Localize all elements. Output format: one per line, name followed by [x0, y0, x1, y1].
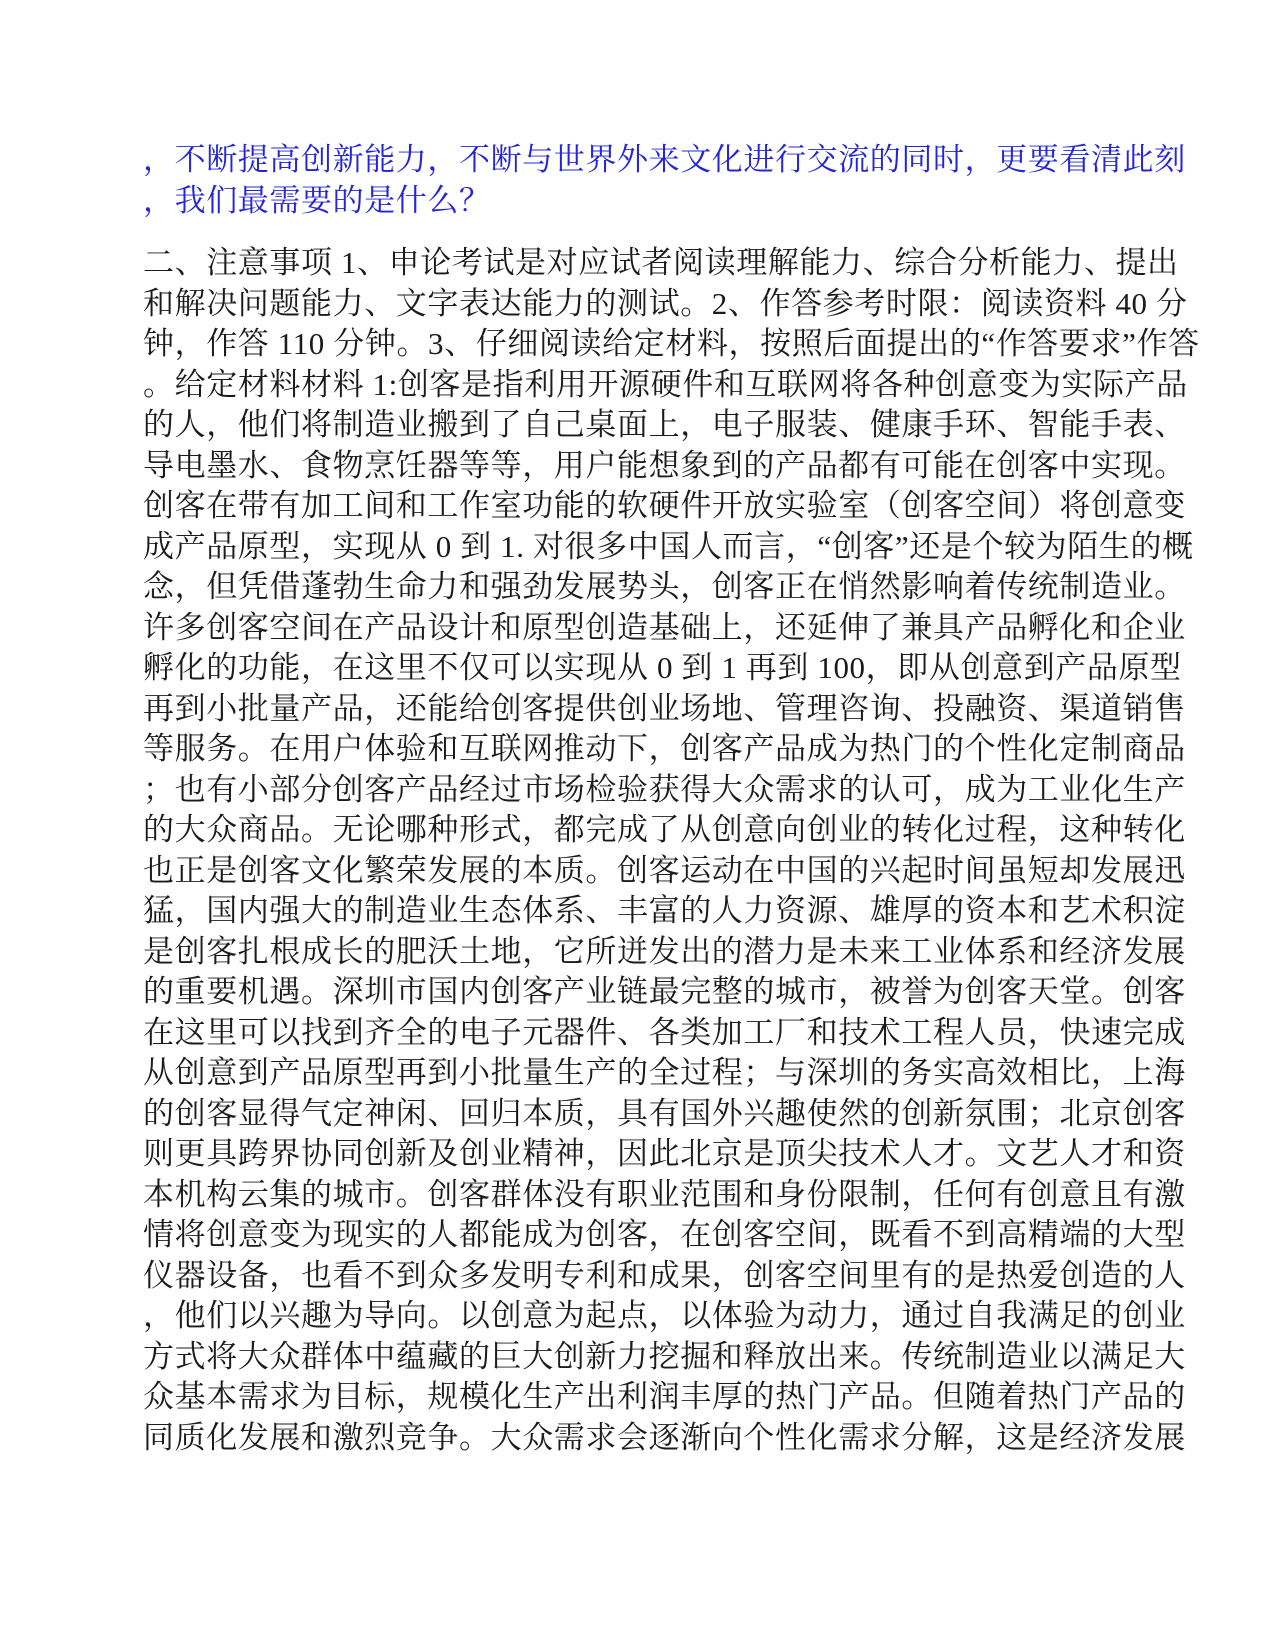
text-line: 本机构云集的城市。创客群体没有职业范围和身份限制，任何有创意且有激 — [143, 1175, 1138, 1216]
text-line: 许多创客空间在产品设计和原型创造基础上，还延伸了兼具产品孵化和企业 — [143, 608, 1138, 649]
text-line: 二、注意事项 1、申论考试是对应试者阅读理解能力、综合分析能力、提出 — [143, 243, 1138, 284]
text-line: 也正是创客文化繁荣发展的本质。创客运动在中国的兴起时间虽短却发展迅 — [143, 851, 1138, 892]
text-line: 的大众商品。无论哪种形式，都完成了从创意向创业的转化过程，这种转化 — [143, 810, 1138, 851]
text-line: 念，但凭借蓬勃生命力和强劲发展势头，创客正在悄然影响着传统制造业。 — [143, 567, 1138, 608]
text-line: 情将创意变为现实的人都能成为创客，在创客空间，既看不到高精端的大型 — [143, 1215, 1138, 1256]
text-line: 成产品原型，实现从 0 到 1. 对很多中国人而言，“创客”还是个较为陌生的概 — [143, 527, 1138, 568]
text-line: 猛，国内强大的制造业生态体系、丰富的人力资源、雄厚的资本和艺术积淀 — [143, 891, 1138, 932]
text-line: 。给定材料材料 1:创客是指利用开源硬件和互联网将各种创意变为实际产品 — [143, 365, 1138, 406]
text-line: 导电墨水、食物烹饪器等等，用户能想象到的产品都有可能在创客中实现。 — [143, 446, 1138, 487]
text-line: 等服务。在用户体验和互联网推动下，创客产品成为热门的个性化定制商品 — [143, 729, 1138, 770]
text-line: 从创意到产品原型再到小批量生产的全过程；与深圳的务实高效相比，上海 — [143, 1053, 1138, 1094]
text-line: 众基本需求为目标，规模化生产出利润丰厚的热门产品。但随着热门产品的 — [143, 1377, 1138, 1418]
text-line: 钟，作答 110 分钟。3、仔细阅读给定材料，按照后面提出的“作答要求”作答 — [143, 324, 1138, 365]
text-line: 和解决问题能力、文字表达能力的测试。2、作答参考时限：阅读资料 40 分 — [143, 284, 1138, 325]
text-line: 仪器设备，也看不到众多发明专利和成果，创客空间里有的是热爱创造的人 — [143, 1256, 1138, 1297]
text-line: 是创客扎根成长的肥沃土地，它所迸发出的潜力是未来工业体系和经济发展 — [143, 932, 1138, 973]
text-line: 创客在带有加工间和工作室功能的软硬件开放实验室（创客空间）将创意变 — [143, 486, 1138, 527]
text-line: 的重要机遇。深圳市国内创客产业链最完整的城市，被誉为创客天堂。创客 — [143, 972, 1138, 1013]
text-line: 再到小批量产品，还能给创客提供创业场地、管理咨询、投融资、渠道销售 — [143, 689, 1138, 730]
text-line: 方式将大众群体中蕴藏的巨大创新力挖掘和释放出来。传统制造业以满足大 — [143, 1337, 1138, 1378]
text-line: 则更具跨界协同创新及创业精神，因此北京是顶尖技术人才。文艺人才和资 — [143, 1134, 1138, 1175]
text-line: 的人，他们将制造业搬到了自己桌面上，电子服装、健康手环、智能手表、 — [143, 405, 1138, 446]
text-line: 同质化发展和激烈竞争。大众需求会逐渐向个性化需求分解，这是经济发展 — [143, 1418, 1138, 1459]
highlighted-paragraph: ，不断提高创新能力，不断与世界外来文化进行交流的同时，更要看清此刻，我们最需要的… — [143, 140, 1138, 221]
body-paragraph: 二、注意事项 1、申论考试是对应试者阅读理解能力、综合分析能力、提出和解决问题能… — [143, 243, 1138, 1458]
document-page: ，不断提高创新能力，不断与世界外来文化进行交流的同时，更要看清此刻，我们最需要的… — [143, 140, 1138, 1458]
text-line: 在这里可以找到齐全的电子元器件、各类加工厂和技术工程人员，快速完成 — [143, 1013, 1138, 1054]
text-line: ；也有小部分创客产品经过市场检验获得大众需求的认可，成为工业化生产 — [143, 770, 1138, 811]
text-line: ，他们以兴趣为导向。以创意为起点，以体验为动力，通过自我满足的创业 — [143, 1296, 1138, 1337]
text-line: 的创客显得气定神闲、回归本质，具有国外兴趣使然的创新氛围；北京创客 — [143, 1094, 1138, 1135]
text-line: 孵化的功能，在这里不仅可以实现从 0 到 1 再到 100，即从创意到产品原型 — [143, 648, 1138, 689]
text-line: ，我们最需要的是什么？ — [143, 181, 1138, 222]
text-line: ，不断提高创新能力，不断与世界外来文化进行交流的同时，更要看清此刻 — [143, 140, 1138, 181]
